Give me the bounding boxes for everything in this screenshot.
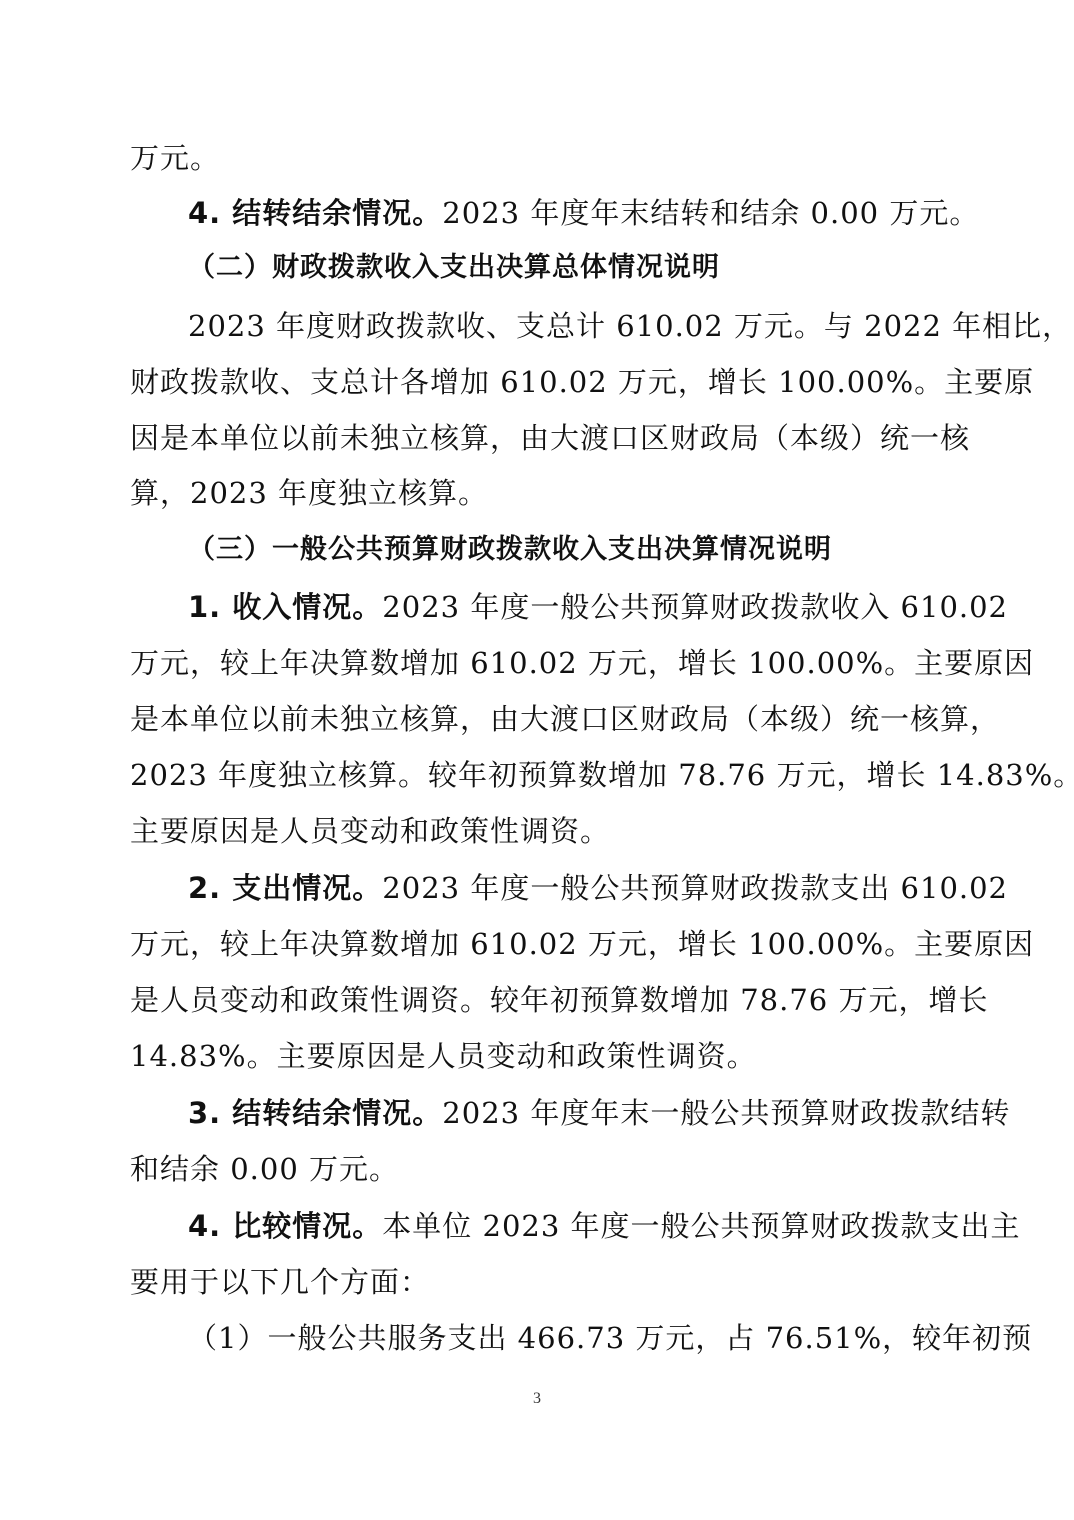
paragraph-line: 主要原因是人员变动和政策性调资。	[130, 811, 945, 851]
paragraph-line: 要用于以下几个方面：	[130, 1262, 945, 1302]
item-text: 2023 年度年末一般公共预算财政拨款结转	[442, 1096, 1010, 1130]
item-1-income: 1. 收入情况。2023 年度一般公共预算财政拨款收入 610.02	[188, 587, 945, 627]
paragraph-line: 因是本单位以前未独立核算，由大渡口区财政局（本级）统一核	[130, 418, 945, 458]
item-lead: 4. 比较情况。	[188, 1209, 382, 1243]
document-page: 万元。 4. 结转结余情况。2023 年度年末结转和结余 0.00 万元。 （二…	[0, 0, 1074, 1520]
paragraph-line: 万元，较上年决算数增加 610.02 万元，增长 100.00%。主要原因	[130, 924, 945, 964]
paragraph-line: 是人员变动和政策性调资。较年初预算数增加 78.76 万元，增长	[130, 980, 945, 1020]
section-heading-2: （二）财政拨款收入支出决算总体情况说明	[188, 248, 1003, 288]
item-4-comparison: 4. 比较情况。本单位 2023 年度一般公共预算财政拨款支出主	[188, 1206, 945, 1246]
item-2-expenditure: 2. 支出情况。2023 年度一般公共预算财政拨款支出 610.02	[188, 868, 945, 908]
paragraph-line: 财政拨款收、支总计各增加 610.02 万元，增长 100.00%。主要原	[130, 362, 945, 402]
paragraph-line: 2023 年度财政拨款收、支总计 610.02 万元。与 2022 年相比，	[188, 306, 945, 346]
item-3-carryover: 3. 结转结余情况。2023 年度年末一般公共预算财政拨款结转	[188, 1093, 945, 1133]
paragraph-continuation: 万元。	[130, 138, 945, 178]
item-lead: 1. 收入情况。	[188, 590, 382, 624]
item-4-carryover: 4. 结转结余情况。2023 年度年末结转和结余 0.00 万元。	[188, 193, 945, 233]
paragraph-line: 和结余 0.00 万元。	[130, 1149, 945, 1189]
item-lead: 4. 结转结余情况。	[188, 196, 442, 230]
item-lead: 2. 支出情况。	[188, 871, 382, 905]
sub-item-1-public-service: （1）一般公共服务支出 466.73 万元，占 76.51%，较年初预	[188, 1318, 945, 1358]
item-text: 2023 年度年末结转和结余 0.00 万元。	[442, 196, 979, 230]
paragraph-line: 14.83%。主要原因是人员变动和政策性调资。	[130, 1036, 945, 1076]
item-text: 2023 年度一般公共预算财政拨款收入 610.02	[382, 590, 1008, 624]
page-number: 3	[0, 1390, 1074, 1408]
paragraph-line: 2023 年度独立核算。较年初预算数增加 78.76 万元，增长 14.83%。	[130, 755, 945, 795]
paragraph-line: 是本单位以前未独立核算，由大渡口区财政局（本级）统一核算，	[130, 699, 945, 739]
paragraph-line: 算，2023 年度独立核算。	[130, 473, 945, 513]
item-lead: 3. 结转结余情况。	[188, 1096, 442, 1130]
section-heading-3: （三）一般公共预算财政拨款收入支出决算情况说明	[188, 530, 1003, 570]
text: 万元。	[130, 141, 220, 175]
item-text: 本单位 2023 年度一般公共预算财政拨款支出主	[382, 1209, 1020, 1243]
paragraph-line: 万元，较上年决算数增加 610.02 万元，增长 100.00%。主要原因	[130, 643, 945, 683]
item-text: 2023 年度一般公共预算财政拨款支出 610.02	[382, 871, 1008, 905]
